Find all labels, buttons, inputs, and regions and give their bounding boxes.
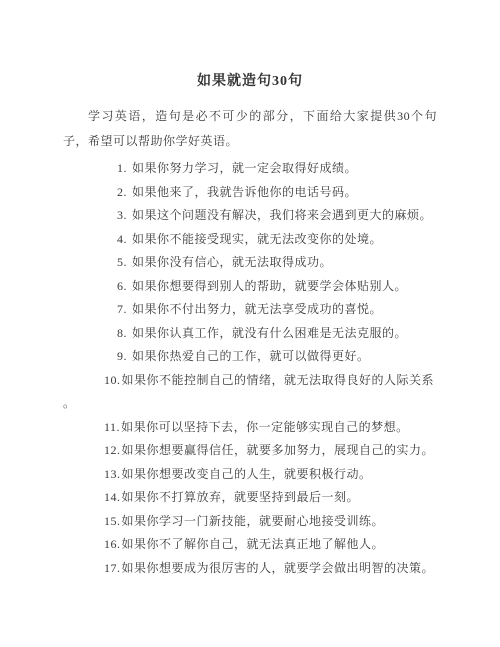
- item-text: 如果你不了解你自己，就无法真正地了解他人。: [122, 537, 385, 551]
- item-text: 如果你认真工作，就没有什么困难是无法克服的。: [132, 326, 407, 340]
- item-number: 13.: [104, 467, 121, 481]
- document-title: 如果就造句30句: [63, 72, 437, 92]
- item-number: 12.: [104, 443, 121, 457]
- item-number: 10.: [104, 373, 121, 387]
- intro-paragraph: 学习英语，造句是必不可少的部分，下面给大家提供30个句子，希望可以帮助你学好英语…: [63, 104, 437, 154]
- list-item: 12.如果你想要赢得信任，就要多加努力，展现自己的实力。: [63, 439, 437, 463]
- item-text: 如果你不能接受现实，就无法改变你的处境。: [132, 232, 382, 246]
- item-number: 1.: [117, 161, 127, 175]
- document-page: 如果就造句30句 学习英语，造句是必不可少的部分，下面给大家提供30个句子，希望…: [0, 0, 500, 647]
- item-number: 8.: [117, 326, 127, 340]
- item-number: 15.: [104, 514, 121, 528]
- item-text: 如果你可以坚持下去，你一定能够实现自己的梦想。: [121, 420, 409, 434]
- list-item: 8.如果你认真工作，就没有什么困难是无法克服的。: [63, 322, 437, 346]
- item-number: 2.: [117, 185, 127, 199]
- item-text: 如果你想要成为很厉害的人，就要学会做出明智的决策。: [122, 561, 435, 575]
- item-text: 如果他来了，我就告诉他你的电话号码。: [132, 185, 357, 199]
- list-item: 14.如果你不打算放弃，就要坚持到最后一刻。: [63, 486, 437, 510]
- item-number: 7.: [117, 302, 127, 316]
- item-number: 4.: [117, 232, 127, 246]
- item-number: 6.: [117, 279, 127, 293]
- list-item: 11.如果你可以坚持下去，你一定能够实现自己的梦想。: [63, 416, 437, 440]
- item-text: 如果你努力学习，就一定会取得好成绩。: [132, 161, 357, 175]
- list-item: 5.如果你没有信心，就无法取得成功。: [63, 251, 437, 275]
- sentence-list: 1.如果你努力学习，就一定会取得好成绩。 2.如果他来了，我就告诉他你的电话号码…: [63, 157, 437, 580]
- item-text: 如果你想要赢得信任，就要多加努力，展现自己的实力。: [122, 443, 435, 457]
- item-text: 如果你想要改变自己的人生，就要积极行动。: [122, 467, 372, 481]
- list-item: 13.如果你想要改变自己的人生，就要积极行动。: [63, 463, 437, 487]
- item-text: 如果你不能控制自己的情绪，就无法取得良好的人际关系: [122, 373, 435, 387]
- item-text: 如果你想要得到别人的帮助，就要学会体贴别人。: [132, 279, 407, 293]
- list-item: 16.如果你不了解你自己，就无法真正地了解他人。: [63, 533, 437, 557]
- item-text: 如果你不打算放弃，就要坚持到最后一刻。: [122, 490, 360, 504]
- item-text: 如果你不付出努力，就无法享受成功的喜悦。: [132, 302, 382, 316]
- list-item: 17.如果你想要成为很厉害的人，就要学会做出明智的决策。: [63, 557, 437, 581]
- list-item: 6.如果你想要得到别人的帮助，就要学会体贴别人。: [63, 275, 437, 299]
- list-item: 15.如果你学习一门新技能，就要耐心地接受训练。: [63, 510, 437, 534]
- item-number: 3.: [117, 208, 127, 222]
- item-text: 如果你没有信心，就无法取得成功。: [132, 255, 332, 269]
- item-text: 如果这个问题没有解决，我们将来会遇到更大的麻烦。: [132, 208, 432, 222]
- list-item: 9.如果你热爱自己的工作，就可以做得更好。: [63, 345, 437, 369]
- item-number: 11.: [104, 420, 120, 434]
- item-text: 如果你热爱自己的工作，就可以做得更好。: [132, 349, 370, 363]
- list-item: 7.如果你不付出努力，就无法享受成功的喜悦。: [63, 298, 437, 322]
- item-text: 如果你学习一门新技能，就要耐心地接受训练。: [122, 514, 385, 528]
- list-item: 4.如果你不能接受现实，就无法改变你的处境。: [63, 228, 437, 252]
- list-item: 1.如果你努力学习，就一定会取得好成绩。: [63, 157, 437, 181]
- item-number: 17.: [104, 561, 121, 575]
- item-number: 14.: [104, 490, 121, 504]
- list-item: 2.如果他来了，我就告诉他你的电话号码。: [63, 181, 437, 205]
- item-text-wrap: 。: [63, 392, 437, 416]
- list-item: 10.如果你不能控制自己的情绪，就无法取得良好的人际关系。: [63, 369, 437, 416]
- item-number: 16.: [104, 537, 121, 551]
- list-item: 3.如果这个问题没有解决，我们将来会遇到更大的麻烦。: [63, 204, 437, 228]
- item-number: 9.: [117, 349, 127, 363]
- item-number: 5.: [117, 255, 127, 269]
